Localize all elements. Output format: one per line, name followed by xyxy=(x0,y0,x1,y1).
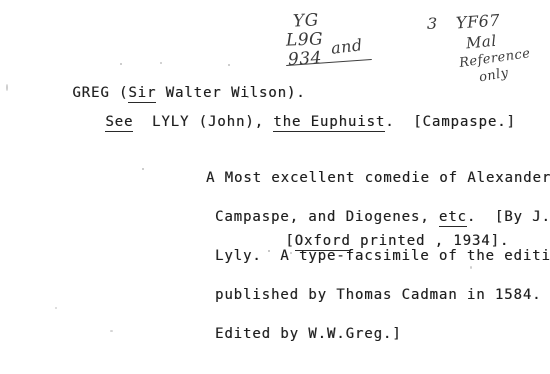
note-line: Campaspe, and Diogenes, etc. [By J. xyxy=(159,198,550,211)
scan-speck xyxy=(6,84,8,91)
see-ref-underlined-epithet: the Euphuist xyxy=(273,114,385,132)
shelfmark-connector-and: and xyxy=(330,35,364,58)
note-line: published by Thomas Cadman in 1584. xyxy=(159,276,550,289)
heading-text-tail: Walter Wilson). xyxy=(156,85,305,101)
imprint-underlined-place: Oxford xyxy=(295,233,351,251)
scan-speck xyxy=(228,64,230,66)
scan-speck xyxy=(110,330,113,332)
scan-speck xyxy=(247,96,249,98)
shelfmark-right-line4: only xyxy=(478,66,510,86)
note-line: Edited by W.W.Greg.] xyxy=(159,315,550,328)
catalogue-card: YG L9G 934 and 3 YF67 Mal Reference only… xyxy=(0,0,550,374)
scan-speck xyxy=(142,168,144,170)
see-ref-tail: . [Campaspe.] xyxy=(385,114,516,130)
shelfmark-left-line1: YG xyxy=(292,10,319,31)
shelfmark-right-prefix: 3 xyxy=(427,14,438,33)
see-ref-text: LYLY (John), xyxy=(133,114,273,130)
shelfmark-left-line3-cancelled: 934 xyxy=(287,48,322,70)
scan-speck xyxy=(290,252,292,254)
scan-speck xyxy=(268,250,270,252)
heading-underlined-sir: Sir xyxy=(128,85,156,103)
shelfmark-right-line2: Mal xyxy=(465,32,497,53)
scan-speck xyxy=(370,333,372,335)
note-line-text: published by Thomas Cadman in 1584. xyxy=(215,287,542,303)
shelfmark-right-line1: YF67 xyxy=(455,10,500,32)
imprint-line: [Oxford printed , 1934]. xyxy=(248,222,509,261)
imprint-tail: printed , 1934]. xyxy=(351,233,510,249)
heading-text: GREG ( xyxy=(72,85,128,101)
imprint-bracket: [ xyxy=(285,233,294,249)
scan-speck xyxy=(55,307,57,309)
scan-speck xyxy=(160,62,162,64)
scan-speck xyxy=(120,63,122,65)
note-line-text: A Most excellent comedie of Alexander, xyxy=(206,170,550,186)
see-word: See xyxy=(105,114,133,132)
note-line-text: Edited by W.W.Greg.] xyxy=(215,326,402,342)
scan-speck xyxy=(470,266,472,269)
note-line: A Most excellent comedie of Alexander, xyxy=(150,159,550,172)
